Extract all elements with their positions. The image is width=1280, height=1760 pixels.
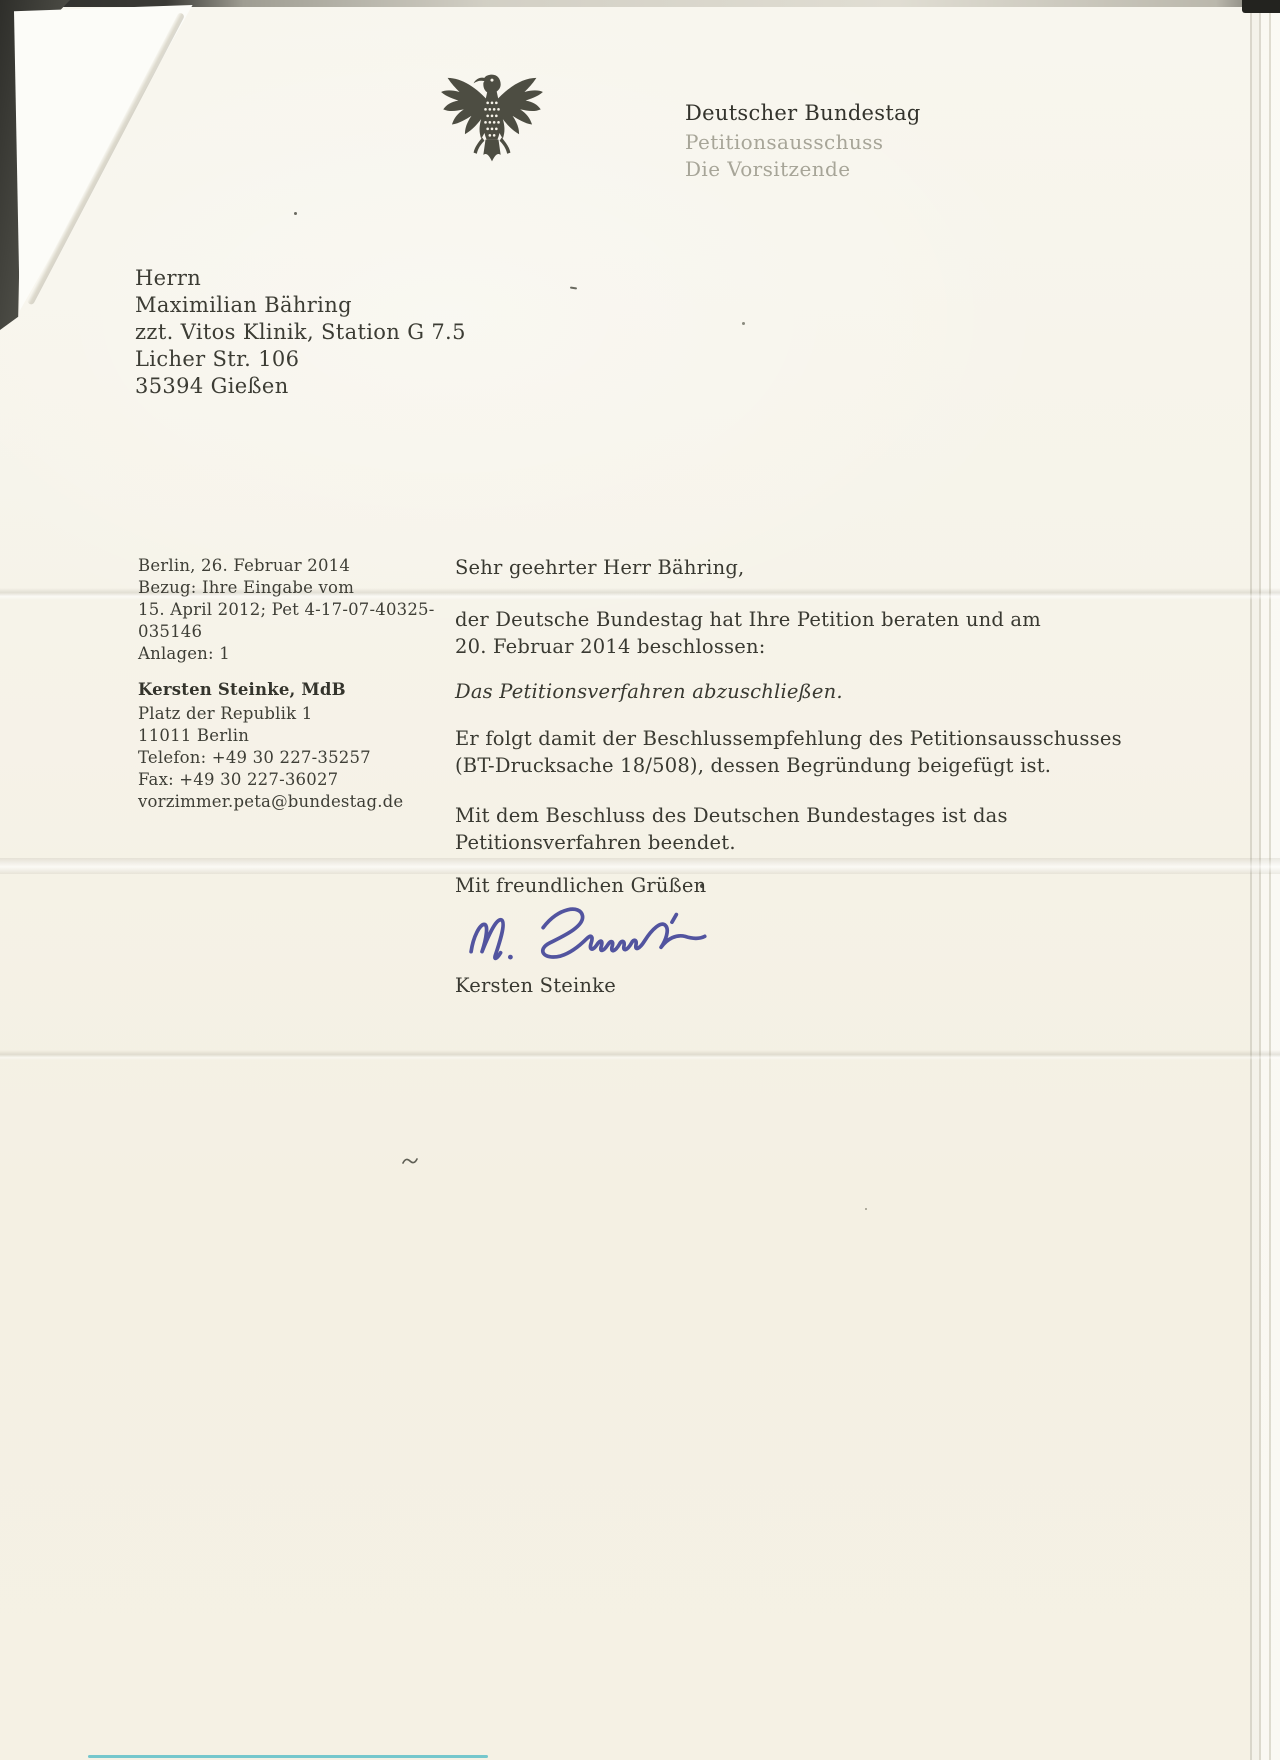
body-paragraph-line: Petitionsverfahren beendet.: [455, 831, 736, 854]
sender-fax: Fax: +49 30 227-36027: [138, 770, 338, 789]
recipient-line: Licher Str. 106: [135, 347, 299, 371]
reference-line: Bezug: Ihre Eingabe vom: [138, 578, 354, 597]
body-paragraph-line: Mit dem Beschluss des Deutschen Bundesta…: [455, 804, 1008, 827]
stacked-pages-edge: [1250, 0, 1280, 1760]
org-title: Deutscher Bundestag: [685, 101, 921, 125]
scan-speck: [294, 212, 297, 215]
decision-sentence: Das Petitionsverfahren abzuschließen.: [455, 680, 843, 703]
sender-address-line: 11011 Berlin: [138, 726, 249, 745]
reference-line: 035146: [138, 622, 202, 641]
sender-address-line: Platz der Republik 1: [138, 704, 312, 723]
body-paragraph-line: Er folgt damit der Beschlussempfehlung d…: [455, 727, 1122, 750]
sender-email: vorzimmer.peta@bundestag.de: [138, 792, 403, 811]
body-paragraph-line: (BT-Drucksache 18/508), dessen Begründun…: [455, 754, 1051, 777]
salutation: Sehr geehrter Herr Bähring,: [455, 556, 744, 579]
date-line: Berlin, 26. Februar 2014: [138, 556, 350, 575]
handwritten-signature: [458, 888, 720, 976]
committee-label: Petitionsausschuss: [685, 130, 883, 154]
pen-squiggle-mark: [402, 1156, 418, 1166]
scan-speck: [865, 1208, 867, 1210]
signature-printed-name: Kersten Steinke: [455, 974, 616, 997]
sender-name: Kersten Steinke, MdB: [138, 680, 346, 699]
scanned-letter-page: Deutscher Bundestag Petitionsausschuss D…: [0, 0, 1280, 1760]
recipient-line: 35394 Gießen: [135, 374, 289, 398]
role-label: Die Vorsitzende: [685, 157, 850, 181]
sender-phone: Telefon: +49 30 227-35257: [138, 748, 371, 767]
recipient-line: Maximilian Bähring: [135, 293, 352, 317]
recipient-line: Herrn: [135, 266, 201, 290]
body-paragraph-line: der Deutsche Bundestag hat Ihre Petition…: [455, 608, 1041, 631]
body-paragraph-line: 20. Februar 2014 beschlossen:: [455, 635, 766, 658]
scan-speck: [742, 322, 745, 325]
scan-bottom-artifact: [88, 1755, 488, 1758]
bundestag-eagle-icon: [436, 66, 548, 170]
enclosures-line: Anlagen: 1: [138, 644, 230, 663]
reference-line: 15. April 2012; Pet 4-17-07-40325-: [138, 600, 435, 619]
fold-crease: [0, 1050, 1280, 1060]
recipient-line: zzt. Vitos Klinik, Station G 7.5: [135, 320, 466, 344]
fold-crease: [0, 858, 1280, 874]
scanner-corner-mark: [1242, 0, 1280, 13]
scan-speck: [570, 287, 577, 290]
